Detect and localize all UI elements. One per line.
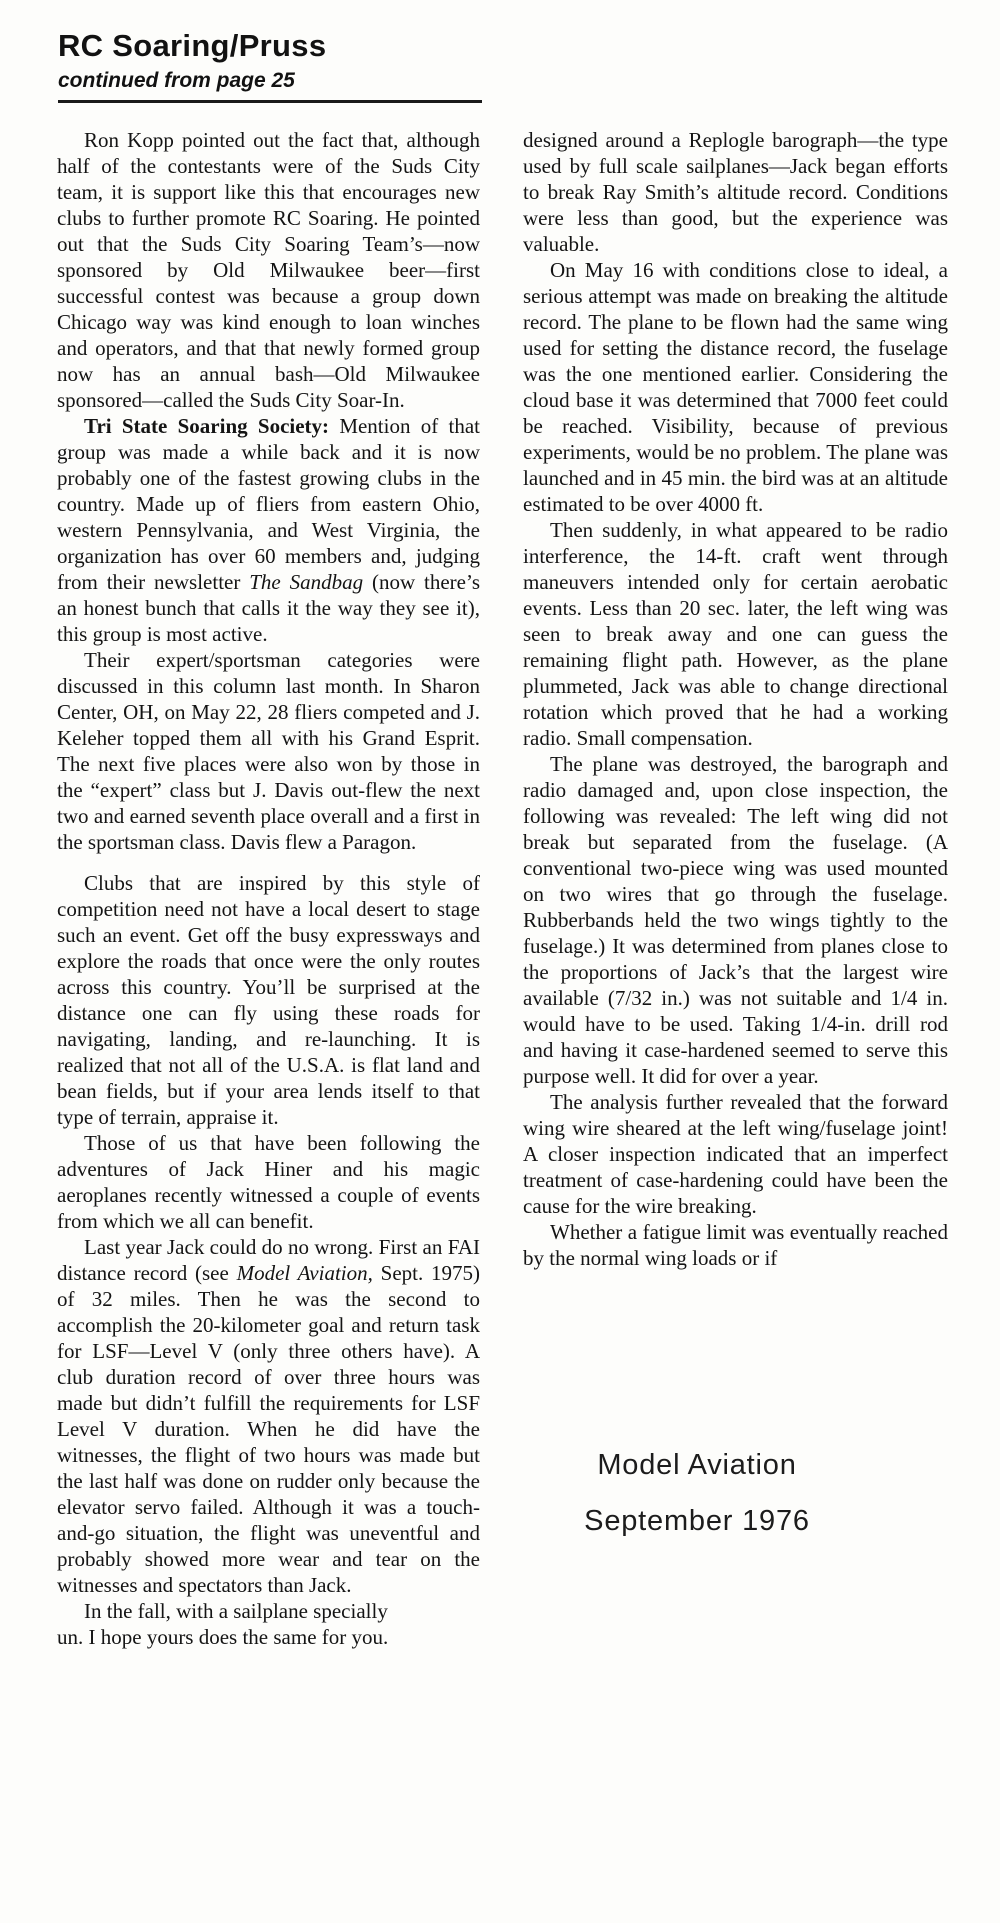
text-segment: Tri State Soaring Society: — [84, 414, 329, 438]
paragraph: designed around a Replogle barograph—the… — [523, 127, 948, 257]
article-continuation-note: continued from page 25 — [58, 69, 482, 93]
paragraph: The plane was destroyed, the barograph a… — [523, 751, 948, 1089]
article-header: RC Soaring/Pruss continued from page 25 — [58, 28, 482, 103]
text-segment: Then suddenly, in what appeared to be ra… — [523, 518, 948, 750]
paragraph: Then suddenly, in what appeared to be ra… — [523, 517, 948, 751]
paragraph: Those of us that have been following the… — [57, 1130, 480, 1234]
text-segment: On May 16 with conditions close to ideal… — [523, 258, 948, 516]
paragraph: Last year Jack could do no wrong. First … — [57, 1234, 480, 1598]
text-segment: The plane was destroyed, the barograph a… — [523, 752, 948, 1088]
text-segment: Mention of that group was made a while b… — [57, 414, 480, 594]
text-segment: un. I hope yours does the same for you. — [57, 1625, 388, 1649]
paragraph: In the fall, with a sailplane specially — [57, 1598, 480, 1624]
text-segment: The Sandbag — [249, 570, 363, 594]
issue-date: September 1976 — [523, 1505, 871, 1538]
left-column: Ron Kopp pointed out the fact that, alth… — [57, 127, 480, 1650]
text-segment: Those of us that have been following the… — [57, 1131, 480, 1233]
paragraph: The analysis further revealed that the f… — [523, 1089, 948, 1219]
text-segment: Model Aviation, — [237, 1261, 373, 1285]
magazine-page: RC Soaring/Pruss continued from page 25 … — [0, 0, 1000, 1923]
paragraph: Whether a fatigue limit was eventually r… — [523, 1219, 948, 1271]
text-segment: Ron Kopp pointed out the fact that, alth… — [57, 128, 480, 412]
article-title: RC Soaring/Pruss — [58, 28, 482, 64]
paragraph: Ron Kopp pointed out the fact that, alth… — [57, 127, 480, 413]
text-segment: The analysis further revealed that the f… — [523, 1090, 948, 1218]
text-segment: Their expert/sportsman categories were d… — [57, 648, 480, 854]
paragraph: un. I hope yours does the same for you. — [57, 1624, 480, 1650]
text-segment: designed around a Replogle barograph—the… — [523, 128, 948, 256]
text-segment: Whether a fatigue limit was eventually r… — [523, 1220, 948, 1270]
text-segment: Sept. 1975) of 32 miles. Then he was the… — [57, 1261, 480, 1597]
magazine-footer: Model Aviation September 1976 — [523, 1449, 871, 1538]
paragraph: Tri State Soaring Society: Mention of th… — [57, 413, 480, 647]
magazine-name: Model Aviation — [523, 1449, 871, 1482]
paragraph: On May 16 with conditions close to ideal… — [523, 257, 948, 517]
paragraph: Clubs that are inspired by this style of… — [57, 870, 480, 1130]
paragraph: Their expert/sportsman categories were d… — [57, 647, 480, 855]
right-column: designed around a Replogle barograph—the… — [523, 127, 948, 1271]
text-segment: Clubs that are inspired by this style of… — [57, 871, 480, 1129]
header-divider — [58, 100, 482, 103]
text-segment: In the fall, with a sailplane specially — [84, 1599, 388, 1623]
